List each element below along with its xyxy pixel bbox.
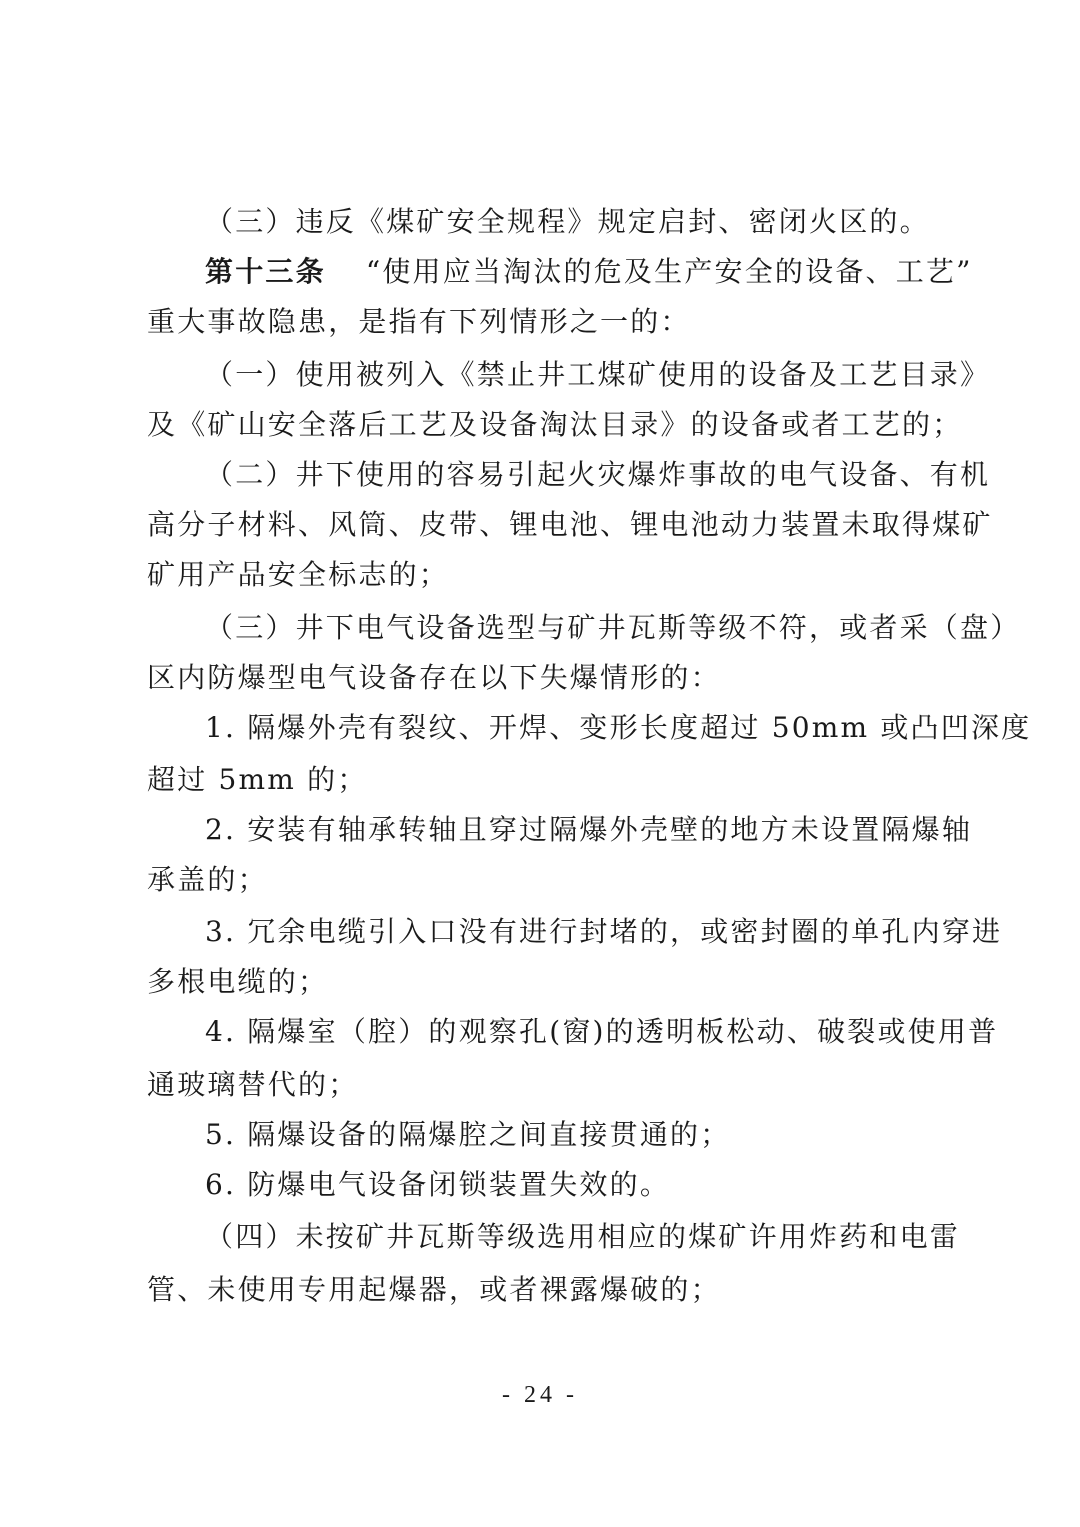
sub-item-1-line-2: 超过 5mm 的； (147, 762, 947, 798)
sub-item-3-line-1: 3. 冗余电缆引入口没有进行封堵的，或密封圈的单孔内穿进 (205, 914, 947, 950)
sub-item-1-line-1: 1. 隔爆外壳有裂纹、开焊、变形长度超过 50mm 或凸凹深度 (205, 710, 947, 746)
page-number: - 24 - (0, 1382, 1080, 1409)
document-page: （三）违反《煤矿安全规程》规定启封、密闭火区的。 第十三条“使用应当淘汰的危及生… (0, 0, 1080, 1527)
sub-item-5: 5. 隔爆设备的隔爆腔之间直接贯通的； (205, 1117, 947, 1153)
item-3-line-1: （三）井下电气设备选型与矿井瓦斯等级不符，或者采（盘） (205, 610, 947, 646)
item-3-line-2: 区内防爆型电气设备存在以下失爆情形的： (147, 660, 947, 696)
article-13-intro: 重大事故隐患，是指有下列情形之一的： (147, 304, 947, 340)
clause-item-3-fire-zone: （三）违反《煤矿安全规程》规定启封、密闭火区的。 (205, 204, 947, 240)
article-13-heading-line: 第十三条“使用应当淘汰的危及生产安全的设备、工艺” (205, 254, 947, 290)
sub-item-2-line-2: 承盖的； (147, 862, 947, 898)
item-2-line-1: （二）井下使用的容易引起火灾爆炸事故的电气设备、有机 (205, 457, 947, 493)
article-13-title: 第十三条 (205, 255, 326, 288)
item-1-line-1: （一）使用被列入《禁止井工煤矿使用的设备及工艺目录》 (205, 357, 947, 393)
item-2-line-2: 高分子材料、风筒、皮带、锂电池、锂电池动力装置未取得煤矿 (147, 507, 947, 543)
article-13-quote: “使用应当淘汰的危及生产安全的设备、工艺” (366, 255, 973, 288)
sub-item-2-line-1: 2. 安装有轴承转轴且穿过隔爆外壳壁的地方未设置隔爆轴 (205, 812, 947, 848)
item-4-line-1: （四）未按矿井瓦斯等级选用相应的煤矿许用炸药和电雷 (205, 1219, 947, 1255)
sub-item-3-line-2: 多根电缆的； (147, 964, 947, 1000)
item-4-line-2: 管、未使用专用起爆器，或者裸露爆破的； (147, 1272, 947, 1308)
sub-item-4-line-1: 4. 隔爆室（腔）的观察孔(窗)的透明板松动、破裂或使用普 (205, 1014, 947, 1050)
sub-item-4-line-2: 通玻璃替代的； (147, 1067, 947, 1103)
sub-item-6: 6. 防爆电气设备闭锁装置失效的。 (205, 1167, 947, 1203)
item-1-line-2: 及《矿山安全落后工艺及设备淘汰目录》的设备或者工艺的； (147, 407, 947, 443)
item-2-line-3: 矿用产品安全标志的； (147, 557, 947, 593)
